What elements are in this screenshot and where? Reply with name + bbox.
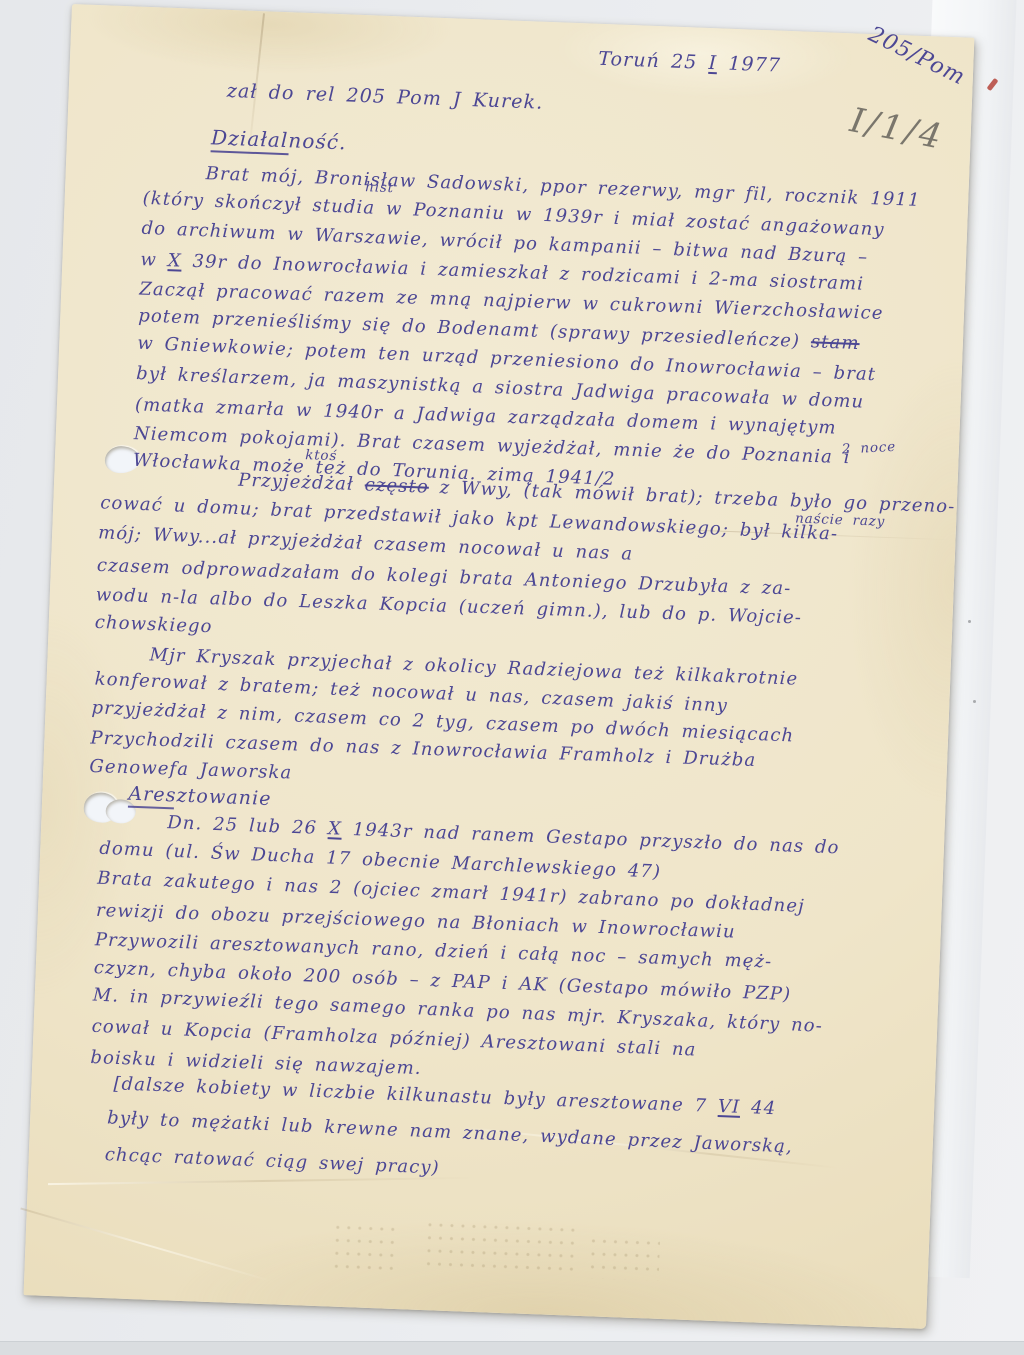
inline-insertion-ktos: ktoś (305, 447, 337, 464)
margin-note-two-nights: 2 noce (842, 439, 897, 458)
scanner-bed-strip (0, 1341, 1024, 1355)
inline-insertion-hist: hist (365, 179, 394, 196)
subject-reference-line: zał do rel 205 Pom J Kurek. (226, 80, 543, 114)
scanned-document-page: Toruń 25 I 1977 205/Pom I/1/4 zał do rel… (0, 0, 1024, 1355)
place-date-line: Toruń 25 I 1977 (598, 48, 782, 77)
embossed-dot-marks (331, 1221, 397, 1271)
pencil-archive-mark: I/1/4 (847, 100, 948, 158)
dust-speck (968, 620, 971, 623)
paper-crease (20, 1208, 270, 1282)
embossed-dot-marks (587, 1234, 661, 1281)
inline-insertion-nascie-razy: naście razy (795, 510, 885, 529)
paragraph-activity-2: Przyjeżdżał często z Wwy, (tak mówił bra… (94, 460, 956, 669)
embossed-dot-marks (423, 1218, 577, 1280)
dust-speck (973, 700, 976, 703)
paragraph-activity-3: Mjr Kryszak przyjechał z okolicy Radziej… (89, 639, 799, 805)
paragraph-arrest-1: Dn. 25 lub 26 X 1943r nad ranem Gestapo … (90, 806, 840, 1099)
paragraph-activity-1: Brat mój, Bronisław Sadowski, ppor rezer… (132, 157, 921, 505)
section-heading-activity: Działalność. (211, 125, 348, 157)
handwritten-letter-sheet: Toruń 25 I 1977 205/Pom I/1/4 zał do rel… (24, 4, 975, 1329)
